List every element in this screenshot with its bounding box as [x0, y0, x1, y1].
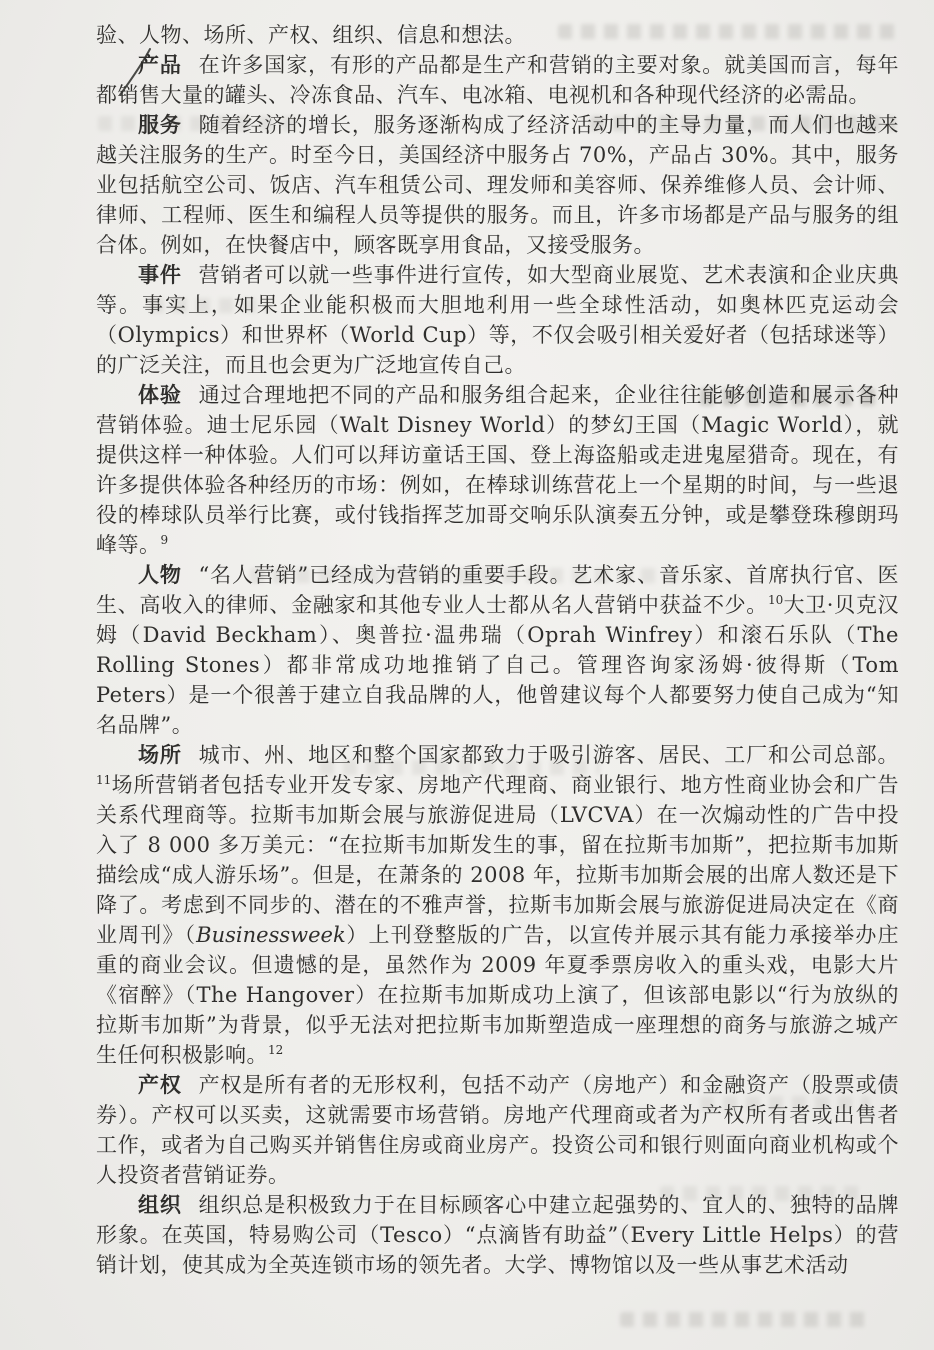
paragraph-continuation: 验、人物、场所、产权、组织、信息和想法。 [96, 20, 899, 50]
bleed-through-smudge [620, 1312, 870, 1327]
term-properties: 产权 [138, 1073, 182, 1097]
term-products: 产品 [138, 53, 182, 77]
paragraph-experiences: 体验通过合理地把不同的产品和服务组合起来，企业往往能够创造和展示各种营销体验。迪… [96, 380, 899, 560]
footnote-ref: 12 [268, 1043, 283, 1057]
paragraph-persons: 人物“名人营销”已经成为营销的重要手段。艺术家、音乐家、首席执行官、医生、高收入… [96, 560, 899, 740]
term-organizations: 组织 [138, 1193, 182, 1217]
paragraph-services: 服务随着经济的增长，服务逐渐构成了经济活动中的主导力量，而人们也越来越关注服务的… [96, 110, 899, 260]
text-run: 组织总是积极致力于在目标顾客心中建立起强势的、宜人的、独特的品牌形象。在英国，特… [96, 1193, 899, 1277]
footnote-ref: 9 [161, 533, 169, 547]
text-run: 城市、州、地区和整个国家都致力于吸引游客、居民、工厂和公司总部。 [199, 743, 899, 767]
term-events: 事件 [138, 263, 182, 287]
text-run: 营销者可以就一些事件进行宣传，如大型商业展览、艺术表演和企业庆典等。事实上，如果… [96, 263, 899, 377]
footnote-ref: 10 [768, 593, 783, 607]
term-persons: 人物 [138, 563, 182, 587]
term-services: 服务 [138, 113, 182, 137]
text-run: 随着经济的增长，服务逐渐构成了经济活动中的主导力量，而人们也越来越关注服务的生产… [96, 113, 899, 257]
text-run: 通过合理地把不同的产品和服务组合起来，企业往往能够创造和展示各种营销体验。迪士尼… [96, 383, 899, 557]
paragraph-products: 产品在许多国家，有形的产品都是生产和营销的主要对象。就美国而言，每年都销售大量的… [96, 50, 899, 110]
text-run: 在许多国家，有形的产品都是生产和营销的主要对象。就美国而言，每年都销售大量的罐头… [96, 53, 899, 107]
term-experiences: 体验 [138, 383, 182, 407]
paragraph-properties: 产权产权是所有者的无形权利，包括不动产（房地产）和金融资产（股票或债券）。产权可… [96, 1070, 899, 1190]
scanned-book-page: { "page": { "kind": "scanned textbook pa… [0, 0, 934, 1350]
page-text: 验、人物、场所、产权、组织、信息和想法。产品在许多国家，有形的产品都是生产和营销… [96, 20, 899, 1280]
italic-run: Businessweek [196, 923, 346, 947]
text-run: 场所营销者包括专业开发专家、房地产代理商、商业银行、地方性商业协会和广告关系代理… [96, 773, 899, 947]
footnote-ref: 11 [96, 773, 111, 787]
paragraph-organizations: 组织组织总是积极致力于在目标顾客心中建立起强势的、宜人的、独特的品牌形象。在英国… [96, 1190, 899, 1280]
text-run: 验、人物、场所、产权、组织、信息和想法。 [96, 23, 526, 47]
paragraph-places: 场所城市、州、地区和整个国家都致力于吸引游客、居民、工厂和公司总部。11场所营销… [96, 740, 899, 1070]
text-run: 产权是所有者的无形权利，包括不动产（房地产）和金融资产（股票或债券）。产权可以买… [96, 1073, 899, 1187]
paragraph-events: 事件营销者可以就一些事件进行宣传，如大型商业展览、艺术表演和企业庆典等。事实上，… [96, 260, 899, 380]
term-places: 场所 [138, 743, 182, 767]
text-run: “名人营销”已经成为营销的重要手段。艺术家、音乐家、首席执行官、医生、高收入的律… [96, 563, 899, 617]
